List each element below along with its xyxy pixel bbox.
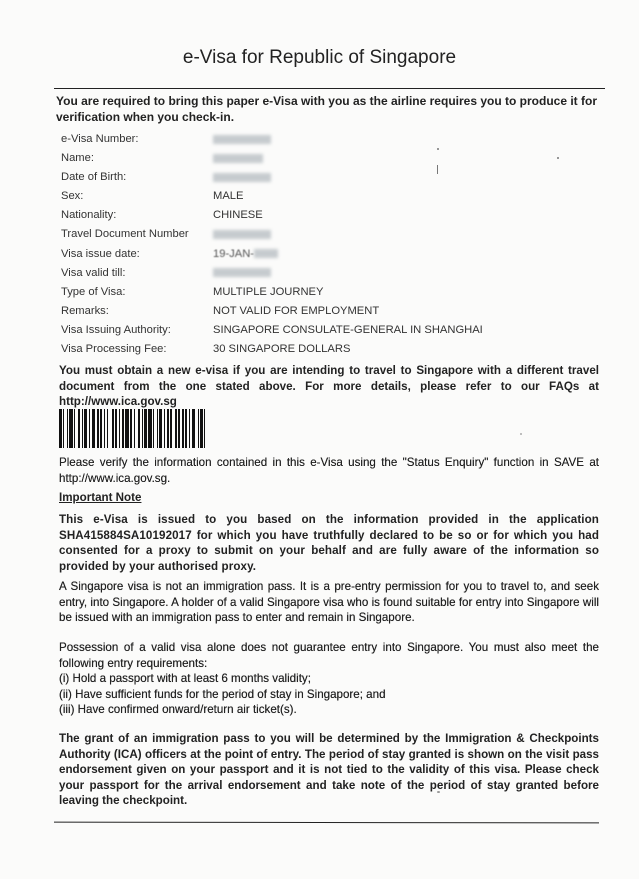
field-label: Sex: (61, 190, 83, 202)
top-divider (54, 88, 605, 89)
field-value: CHINESE (213, 209, 263, 221)
scan-speck (520, 433, 522, 435)
field-label: Nationality: (61, 209, 116, 221)
field-value: MALE (213, 190, 243, 202)
field-row: Remarks:NOT VALID FOR EMPLOYMENT (61, 303, 601, 322)
scan-speck (437, 148, 439, 150)
field-label: Visa issue date: (61, 248, 140, 260)
field-value: NOT VALID FOR EMPLOYMENT (213, 305, 379, 317)
field-value (213, 267, 271, 279)
field-value (213, 133, 271, 145)
field-label: Date of Birth: (61, 171, 126, 183)
redacted-block (213, 135, 271, 144)
requirement-item: (iii) Have confirmed onward/return air t… (59, 702, 599, 718)
field-label: e-Visa Number: (61, 133, 139, 145)
redacted-block (213, 154, 263, 163)
immigration-pass-grant-paragraph: The grant of an immigration pass to you … (59, 731, 599, 809)
field-value (213, 228, 271, 240)
field-value (213, 171, 271, 183)
requirement-item: (ii) Have sufficient funds for the perio… (59, 687, 599, 703)
document-title: e-Visa for Republic of Singapore (0, 47, 639, 69)
visa-details: e-Visa Number:Name:Date of Birth:Sex:MAL… (61, 131, 601, 360)
field-label: Visa Issuing Authority: (61, 324, 171, 336)
application-paragraph: This e-Visa is issued to you based on th… (59, 512, 599, 574)
field-row: Visa Processing Fee:30 SINGAPORE DOLLARS (61, 341, 601, 360)
barcode-icon (59, 409, 262, 448)
field-row: Type of Visa:MULTIPLE JOURNEY (61, 284, 601, 303)
field-value (213, 152, 263, 164)
field-row: Visa valid till: (61, 265, 601, 284)
field-row: Nationality:CHINESE (61, 207, 601, 226)
important-note-heading: Important Note (59, 491, 141, 504)
field-row: Sex:MALE (61, 188, 601, 207)
field-value: MULTIPLE JOURNEY (213, 286, 323, 298)
scan-speck (437, 165, 438, 174)
field-label: Visa valid till: (61, 267, 125, 279)
field-row: Visa issue date:19-JAN- (61, 246, 601, 265)
requirement-item: (i) Hold a passport with at least 6 mont… (59, 671, 599, 687)
redacted-block (254, 249, 278, 258)
intro-notice: You are required to bring this paper e-V… (56, 93, 606, 125)
field-value: 30 SINGAPORE DOLLARS (213, 343, 350, 355)
field-row: Name: (61, 150, 601, 169)
field-value: 19-JAN- (213, 248, 278, 260)
field-row: Travel Document Number (61, 226, 601, 245)
not-immigration-pass-paragraph: A Singapore visa is not an immigration p… (59, 579, 599, 626)
possession-text: Possession of a valid visa alone does no… (59, 641, 599, 670)
possession-paragraph: Possession of a valid visa alone does no… (59, 640, 599, 718)
scan-speck (437, 791, 440, 793)
partial-value: 19-JAN- (213, 248, 254, 260)
field-label: Remarks: (61, 305, 109, 317)
field-row: e-Visa Number: (61, 131, 601, 150)
evisa-document: e-Visa for Republic of Singapore You are… (0, 0, 639, 879)
field-value: SINGAPORE CONSULATE-GENERAL IN SHANGHAI (213, 324, 483, 336)
new-visa-notice: You must obtain a new e-visa if you are … (59, 363, 599, 410)
redacted-block (213, 268, 271, 277)
field-label: Type of Visa: (61, 286, 125, 298)
scan-speck (557, 157, 559, 159)
redacted-block (213, 230, 271, 239)
bottom-divider (54, 822, 599, 824)
field-row: Visa Issuing Authority:SINGAPORE CONSULA… (61, 322, 601, 341)
field-label: Name: (61, 152, 94, 164)
redacted-block (213, 173, 271, 182)
verify-notice: Please verify the information contained … (59, 455, 599, 486)
field-label: Visa Processing Fee: (61, 343, 167, 355)
field-label: Travel Document Number (61, 228, 189, 240)
field-row: Date of Birth: (61, 169, 601, 188)
